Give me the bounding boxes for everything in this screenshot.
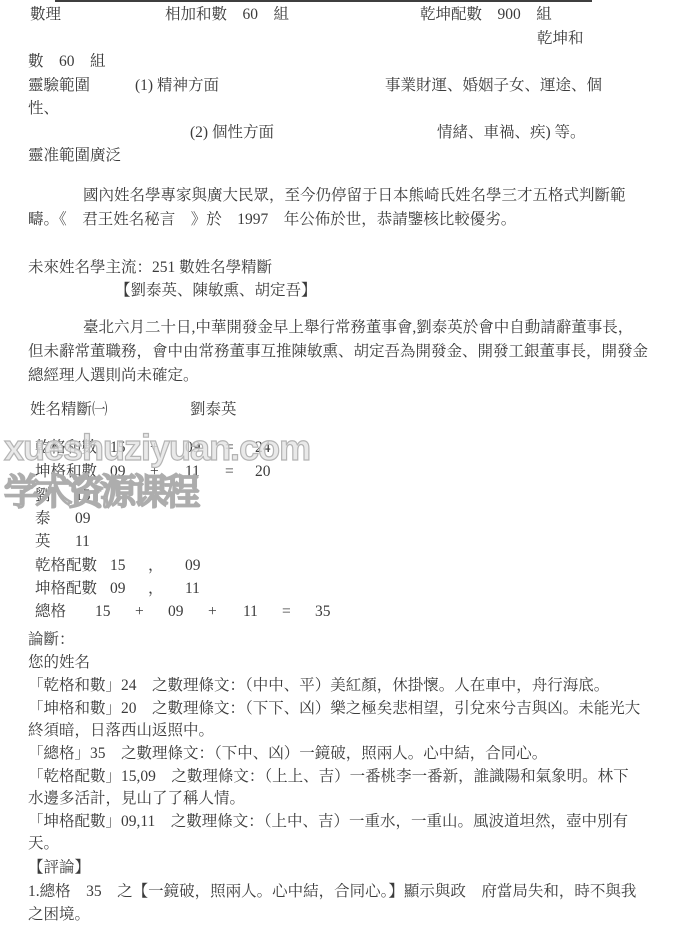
name-value: 09 bbox=[75, 509, 91, 528]
row-value: 09 bbox=[185, 438, 201, 457]
verdict-line: 「總格」35 之數理條文：（下中、凶）一鏡破，照兩人。心中結，合同心。 bbox=[28, 744, 547, 763]
name-value: 11 bbox=[75, 532, 90, 551]
section-person: 劉泰英 bbox=[190, 400, 237, 419]
row-operator: + bbox=[135, 602, 144, 621]
watermark-caption-text: 学术资源课程 bbox=[4, 464, 196, 515]
header-sum-count: 相加和數 60 組 bbox=[165, 5, 289, 24]
header-scope-detail-1: 事業財運、婚姻子女、運途、個 bbox=[385, 76, 602, 95]
row-label: 坤格配數 bbox=[35, 579, 97, 598]
name-char: 泰 bbox=[35, 509, 51, 528]
news-line-1: 臺北六月二十日,中華開發金早上舉行常務董事會,劉泰英於會中自動請辭董事長， bbox=[83, 318, 633, 337]
verdict-line: 「坤格配數」09,11 之數理條文：（上中、吉）一重水，一重山。風波道坦然，壺中… bbox=[28, 812, 628, 831]
document-page: 數理 相加和數 60 組 乾坤配數 900 組 乾坤和 數 60 組 靈驗範圍 … bbox=[0, 0, 678, 927]
row-label: 乾格配數 bbox=[35, 556, 97, 575]
header-term: 數理 bbox=[30, 5, 61, 24]
row-label: 坤格和數 bbox=[35, 462, 97, 481]
row-result: 35 bbox=[315, 602, 331, 621]
news-line-2: 但未辭常董職務，會中由常務董事互推陳敏熏、胡定吾為開發金、開發工銀董事長，開發金 bbox=[28, 342, 648, 361]
header-qiankun-pair-count: 乾坤配數 900 組 bbox=[420, 5, 552, 24]
section-title: 姓名精斷㈠ bbox=[30, 400, 108, 419]
verdict-line: 您的姓名 bbox=[28, 653, 90, 672]
mainstream-title: 未來姓名學主流：251 數姓名學精斷 bbox=[28, 258, 272, 277]
header-scope-detail-2: 情緒、車禍、疾) 等。 bbox=[437, 123, 586, 142]
row-value: 09 bbox=[110, 462, 126, 481]
header-accuracy-note: 靈准範圍廣泛 bbox=[28, 146, 121, 165]
name-value: 15 bbox=[75, 486, 91, 505]
verdict-line: 天。 bbox=[28, 834, 59, 853]
intro-line-2: 疇。《 君王姓名秘言 》於 1997 年公佈於世，恭請鑒核比較優劣。 bbox=[28, 210, 516, 229]
header-scope-item-1: (1) 精神方面 bbox=[135, 76, 219, 95]
intro-line-1: 國內姓名學專家與廣大民眾，至今仍停留于日本熊崎氏姓名學三才五格式判斷範 bbox=[83, 186, 626, 205]
row-result: 20 bbox=[255, 462, 271, 481]
comment-line: 1.總格 35 之【一鏡破，照兩人。心中結，合同心。】顯示與政 府當局失和，時不… bbox=[28, 882, 636, 901]
comment-heading: 【評論】 bbox=[28, 858, 90, 877]
row-comma: ， bbox=[148, 579, 164, 598]
row-equals: = bbox=[225, 462, 234, 481]
verdict-line: 「坤格和數」20 之數理條文：（下下、凶）樂之極矣悲相望，引兌來兮吉與凶。未能光… bbox=[28, 699, 640, 718]
row-comma: ， bbox=[148, 556, 164, 575]
row-value: 09 bbox=[185, 556, 201, 575]
row-label: 乾格和數 bbox=[35, 438, 97, 457]
verdict-heading: 論斷： bbox=[28, 630, 75, 649]
header-scope-label: 靈驗範圍 bbox=[28, 76, 90, 95]
mainstream-names: 【劉泰英、陳敏熏、胡定吾】 bbox=[115, 281, 317, 300]
row-value: 15 bbox=[110, 556, 126, 575]
news-line-3: 總經理人選則尚未確定。 bbox=[28, 366, 199, 385]
row-value: 11 bbox=[185, 462, 200, 481]
header-sum-count-cont: 數 60 組 bbox=[28, 52, 106, 71]
header-qiankun-sum: 乾坤和 bbox=[537, 29, 584, 48]
header-scope-detail-cont: 性、 bbox=[28, 99, 59, 118]
name-char: 英 bbox=[35, 532, 51, 551]
row-value: 11 bbox=[243, 602, 258, 621]
row-value: 11 bbox=[185, 579, 200, 598]
comment-line: 之困境。 bbox=[28, 905, 90, 924]
verdict-line: 「乾格和數」24 之數理條文：（中中、平）美紅顏，休掛懷。人在車中，舟行海底。 bbox=[28, 676, 609, 695]
row-operator: + bbox=[150, 438, 159, 457]
row-equals: = bbox=[225, 438, 234, 457]
row-value: 15 bbox=[110, 438, 126, 457]
header-scope-item-2: (2) 個性方面 bbox=[190, 123, 274, 142]
row-operator: + bbox=[208, 602, 217, 621]
row-result: 24 bbox=[255, 438, 271, 457]
row-value: 09 bbox=[110, 579, 126, 598]
row-value: 09 bbox=[168, 602, 184, 621]
verdict-line: 水邊多活計，見山了了稱人情。 bbox=[28, 789, 245, 808]
row-label: 總格 bbox=[35, 602, 66, 621]
verdict-line: 「乾格配數」15,09 之數理條文：（上上、吉）一番桃李一番新，誰識陽和氣象明。… bbox=[28, 767, 629, 786]
row-operator: + bbox=[150, 462, 159, 481]
name-char: 劉 bbox=[35, 486, 51, 505]
row-value: 15 bbox=[95, 602, 111, 621]
top-rule bbox=[55, 0, 592, 2]
row-equals: = bbox=[282, 602, 291, 621]
verdict-line: 終須暗，日落西山返照中。 bbox=[28, 721, 214, 740]
